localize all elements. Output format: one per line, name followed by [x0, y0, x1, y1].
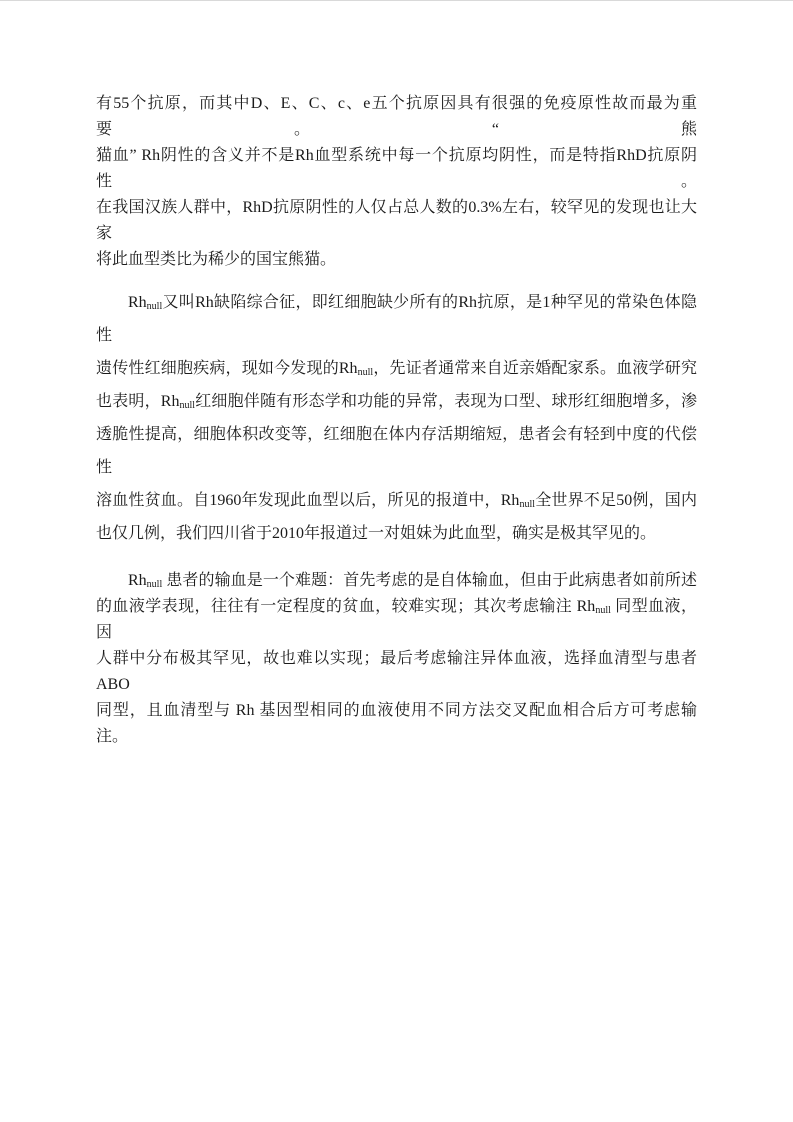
subscript-text: null: [147, 301, 163, 312]
text-line: Rhnull 患者的输血是一个难题：首先考虑的是自体输血，但由于此病患者如前所述: [96, 568, 697, 594]
text-line: 人群中分布极其罕见，故也难以实现；最后考虑输注异体血液，选择血清型与患者 ABO: [96, 646, 697, 698]
text-line: 透脆性提高，细胞体积改变等，红细胞在体内存活期缩短，患者会有轻到中度的代偿性: [96, 418, 697, 484]
text-line: 有55个抗原，而其中D、E、C、c、e五个抗原因具有很强的免疫原性故而最为重要。…: [96, 91, 697, 143]
text-line: 同型，且血清型与 Rh 基因型相同的血液使用不同方法交叉配血相合后方可考虑输注。: [96, 698, 697, 750]
paragraph-rhnull-transfusion: Rhnull 患者的输血是一个难题：首先考虑的是自体输血，但由于此病患者如前所述…: [96, 568, 697, 750]
subscript-text: null: [358, 367, 374, 378]
subscript-text: null: [179, 400, 195, 411]
document-body: 有55个抗原，而其中D、E、C、c、e五个抗原因具有很强的免疫原性故而最为重要。…: [96, 91, 697, 750]
text-line: 猫血” Rh阴性的含义并不是Rh血型系统中每一个抗原均阴性，而是特指RhD抗原阴…: [96, 143, 697, 195]
page-top-edge: [0, 0, 793, 1]
text-line: 的血液学表现，往往有一定程度的贫血，较难实现；其次考虑输注 Rhnull 同型血…: [96, 594, 697, 646]
paragraph-rh-antigens: 有55个抗原，而其中D、E、C、c、e五个抗原因具有很强的免疫原性故而最为重要。…: [96, 91, 697, 273]
subscript-text: null: [147, 579, 163, 590]
text-line: 溶血性贫血。自1960年发现此血型以后，所见的报道中，Rhnull全世界不足50…: [96, 484, 697, 517]
subscript-text: null: [519, 499, 535, 510]
document-page: 有55个抗原，而其中D、E、C、c、e五个抗原因具有很强的免疫原性故而最为重要。…: [0, 0, 793, 1122]
text-line: 遗传性红细胞疾病，现如今发现的Rhnull，先证者通常来自近亲婚配家系。血液学研…: [96, 352, 697, 385]
text-line: 也仅几例，我们四川省于2010年报道过一对姐妹为此血型，确实是极其罕见的。: [96, 517, 697, 550]
paragraph-rhnull-syndrome: Rhnull又叫Rh缺陷综合征，即红细胞缺少所有的Rh抗原，是1种罕见的常染色体…: [96, 286, 697, 550]
text-line: 将此血型类比为稀少的国宝熊猫。: [96, 247, 697, 273]
text-line: Rhnull又叫Rh缺陷综合征，即红细胞缺少所有的Rh抗原，是1种罕见的常染色体…: [96, 286, 697, 352]
subscript-text: null: [595, 605, 611, 616]
text-line: 在我国汉族人群中，RhD抗原阴性的人仅占总人数的0.3%左右，较罕见的发现也让大…: [96, 195, 697, 247]
text-line: 也表明，Rhnull红细胞伴随有形态学和功能的异常，表现为口型、球形红细胞增多，…: [96, 385, 697, 418]
